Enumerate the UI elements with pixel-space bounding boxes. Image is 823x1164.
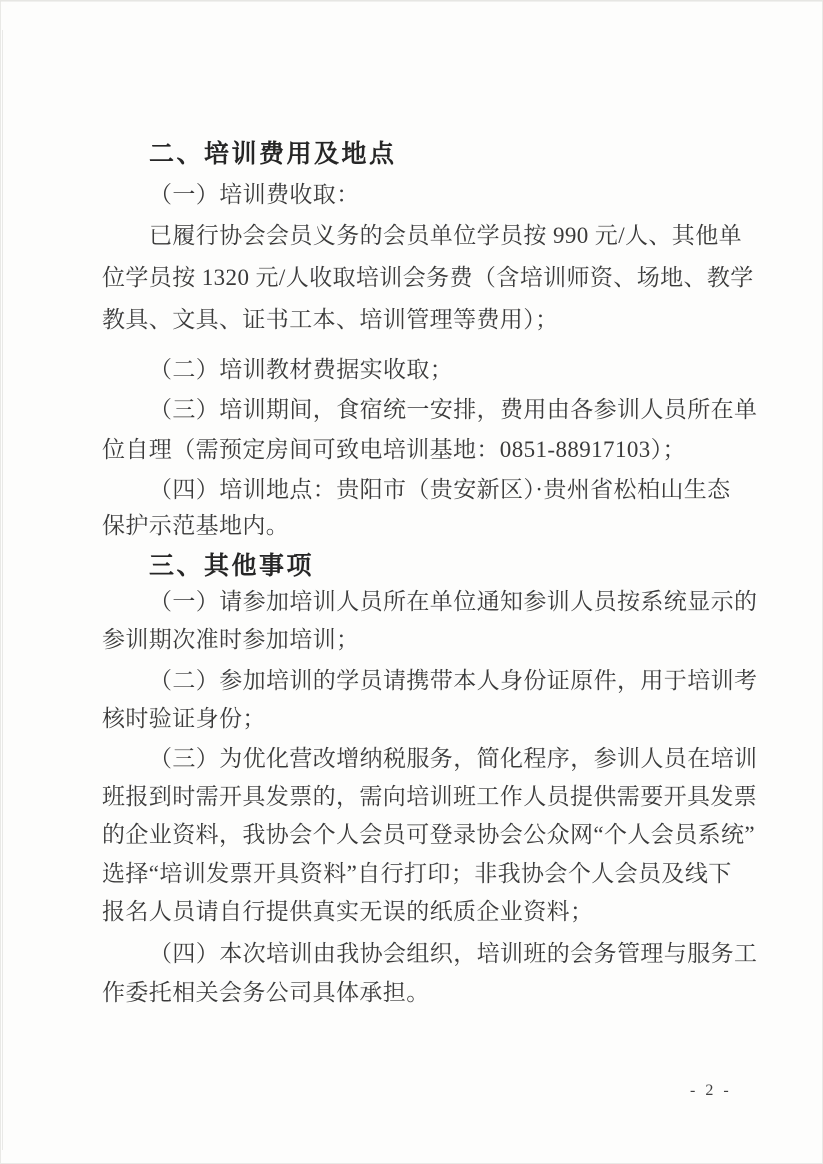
page-number: - 2 -: [690, 1082, 732, 1100]
text-line: 位学员按 1320 元/人收取培训会务费（含培训师资、场地、教学: [102, 263, 742, 293]
text-line: （三）为优化营改增纳税服务，简化程序，参训人员在培训: [102, 744, 789, 774]
text-line: （一）培训费收取：: [102, 180, 789, 210]
scan-edge-artifact: [0, 0, 823, 2]
section-heading-other-matters: 三、其他事项: [102, 551, 789, 581]
text-line: 班报到时需开具发票的，需向培训班工作人员提供需要开具发票: [102, 782, 742, 812]
text-line: 作委托相关会务公司具体承担。: [102, 978, 742, 1008]
text-line: 核时验证身份；: [102, 704, 742, 734]
text-line: （一）请参加培训人员所在单位通知参训人员按系统显示的: [102, 587, 789, 617]
text-line: （四）本次培训由我协会组织，培训班的会务管理与服务工: [102, 939, 789, 969]
scanned-document-page: 二、培训费用及地点 （一）培训费收取： 已履行协会会员义务的会员单位学员按 99…: [0, 0, 823, 1164]
text-line: 参训期次准时参加培训；: [102, 625, 742, 655]
text-line: 位自理（需预定房间可致电培训基地：0851-88917103）；: [102, 435, 742, 465]
text-line: 选择“培训发票开具资料”自行打印；非我协会个人会员及线下: [102, 859, 742, 889]
section-heading-training-fee-location: 二、培训费用及地点: [102, 139, 789, 169]
text-line: 教具、文具、证书工本、培训管理等费用）；: [102, 305, 742, 335]
text-line: （二）参加培训的学员请携带本人身份证原件，用于培训考: [102, 666, 789, 696]
text-line: 报名人员请自行提供真实无误的纸质企业资料；: [102, 897, 742, 927]
text-line: 已履行协会会员义务的会员单位学员按 990 元/人、其他单: [102, 221, 789, 251]
text-line: 的企业资料，我协会个人会员可登录协会公众网“个人会员系统”: [102, 820, 742, 850]
text-line: （三）培训期间，食宿统一安排，费用由各参训人员所在单: [102, 395, 789, 425]
text-line: （二）培训教材费据实收取；: [102, 355, 789, 385]
text-line: （四）培训地点：贵阳市（贵安新区）·贵州省松柏山生态: [102, 475, 789, 505]
scan-edge-artifact: [2, 30, 3, 1150]
text-line: 保护示范基地内。: [102, 511, 742, 541]
